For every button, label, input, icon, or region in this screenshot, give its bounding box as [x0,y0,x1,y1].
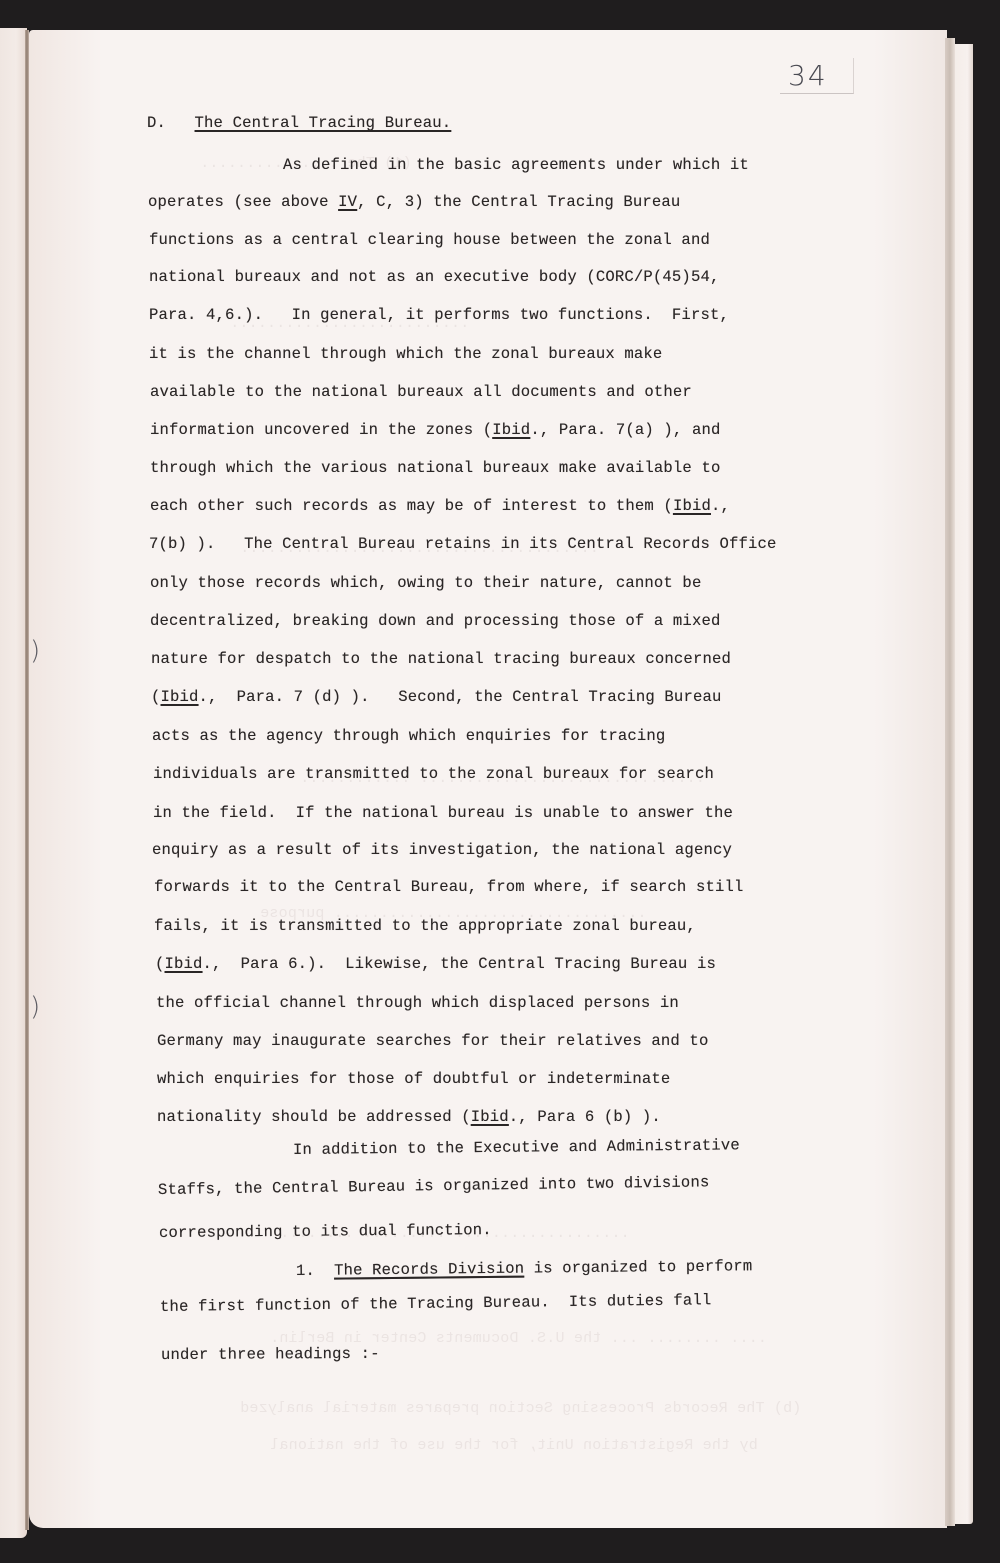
text-line: available to the national bureaux all do… [150,383,692,401]
text-segment: national bureaux and not as an executive… [149,268,719,286]
text-segment: ., Para. 7(a) ), and [530,421,720,439]
text-segment: under three headings :- [161,1345,380,1364]
text-segment: decentralized, breaking down and process… [150,612,720,630]
text-segment: As defined in the basic agreements under… [283,156,749,174]
text-line: (Ibid., Para 6.). Likewise, the Central … [155,955,716,973]
handwritten-page-number: 34 [780,58,854,94]
text-line: it is the channel through which the zona… [149,345,662,363]
text-line: As defined in the basic agreements under… [283,156,749,174]
text-segment: fails, it is transmitted to the appropri… [154,917,696,935]
text-line: functions as a central clearing house be… [149,231,710,249]
text-line: Germany may inaugurate searches for thei… [157,1032,708,1050]
text-segment: each other such records as may be of int… [150,497,673,515]
text-line: (Ibid., Para. 7 (d) ). Second, the Centr… [151,688,721,706]
underlined-text: Ibid [673,497,711,515]
text-segment: ( [151,688,161,706]
text-line: Para. 4,6.). In general, it performs two… [149,306,729,324]
text-segment: ., [711,497,730,515]
text-segment: ., Para 6 (b) ). [509,1108,661,1126]
text-line: enquiry as a result of its investigation… [152,841,732,859]
underlined-text: Ibid [165,955,203,973]
text-segment: operates (see above [148,193,338,211]
underlined-text: Ibid [161,688,199,706]
text-segment: forwards it to the Central Bureau, from … [154,878,743,896]
text-line: acts as the agency through which enquiri… [152,727,665,745]
text-line: operates (see above IV, C, 3) the Centra… [148,193,680,211]
text-segment: ( [155,955,165,973]
text-line: fails, it is transmitted to the appropri… [154,917,696,935]
text-segment: Para. 4,6.). In general, it performs two… [149,306,729,324]
underlined-text: IV [338,193,357,211]
text-segment: the official channel through which displ… [156,994,679,1012]
text-line: national bureaux and not as an executive… [149,268,719,286]
text-segment: corresponding to its dual function. [159,1221,492,1242]
text-segment: which enquiries for those of doubtful or… [157,1070,670,1088]
text-line: information uncovered in the zones (Ibid… [150,421,720,439]
text-line: individuals are transmitted to the zonal… [153,765,714,783]
text-segment: 7(b) ). The Central Bureau retains in it… [149,535,777,553]
text-line: under three headings :- [161,1345,380,1364]
text-line: decentralized, breaking down and process… [150,612,720,630]
section-letter: D. [147,114,166,132]
text-line: 7(b) ). The Central Bureau retains in it… [149,535,777,553]
text-line: each other such records as may be of int… [150,497,730,515]
text-line: only those records which, owing to their… [150,574,701,592]
text-line: nationality should be addressed (Ibid., … [157,1108,661,1126]
text-line: which enquiries for those of doubtful or… [157,1070,670,1088]
text-line: in the field. If the national bureau is … [153,804,733,822]
section-heading: D. The Central Tracing Bureau. [147,114,451,132]
text-segment: ., Para. 7 (d) ). Second, the Central Tr… [199,688,722,706]
text-segment: it is the channel through which the zona… [149,345,662,363]
text-segment: 1. [296,1262,334,1280]
text-segment: functions as a central clearing house be… [149,231,710,249]
underlined-text: Ibid [471,1108,509,1126]
text-segment: acts as the agency through which enquiri… [152,727,665,745]
section-title: The Central Tracing Bureau. [195,114,452,132]
text-segment: available to the national bureaux all do… [150,383,692,401]
text-segment: ., Para 6.). Likewise, the Central Traci… [203,955,716,973]
text-segment: is organized to perform [524,1257,752,1277]
text-segment: only those records which, owing to their… [150,574,701,592]
text-segment: in the field. If the national bureau is … [153,804,733,822]
page-stack-edge-outer [955,44,973,1524]
text-segment: individuals are transmitted to the zonal… [153,765,714,783]
margin-pencil-mark: ) [30,992,40,1022]
text-segment: nationality should be addressed ( [157,1108,471,1126]
text-line: forwards it to the Central Bureau, from … [154,878,743,896]
underlined-text: The Records Division [334,1260,524,1280]
text-line: nature for despatch to the national trac… [151,650,731,668]
facing-page-edge [0,28,27,1538]
text-segment: , C, 3) the Central Tracing Bureau [357,193,680,211]
text-segment: enquiry as a result of its investigation… [152,841,732,859]
text-line: corresponding to its dual function. [159,1221,492,1242]
text-line: the official channel through which displ… [156,994,679,1012]
underlined-text: Ibid [492,421,530,439]
text-segment: information uncovered in the zones ( [150,421,492,439]
text-segment: through which the various national burea… [150,459,720,477]
page-stack-edge [945,38,955,1526]
margin-pencil-mark: ) [30,636,40,666]
text-segment: Germany may inaugurate searches for thei… [157,1032,708,1050]
text-segment: nature for despatch to the national trac… [151,650,731,668]
text-line: through which the various national burea… [150,459,720,477]
